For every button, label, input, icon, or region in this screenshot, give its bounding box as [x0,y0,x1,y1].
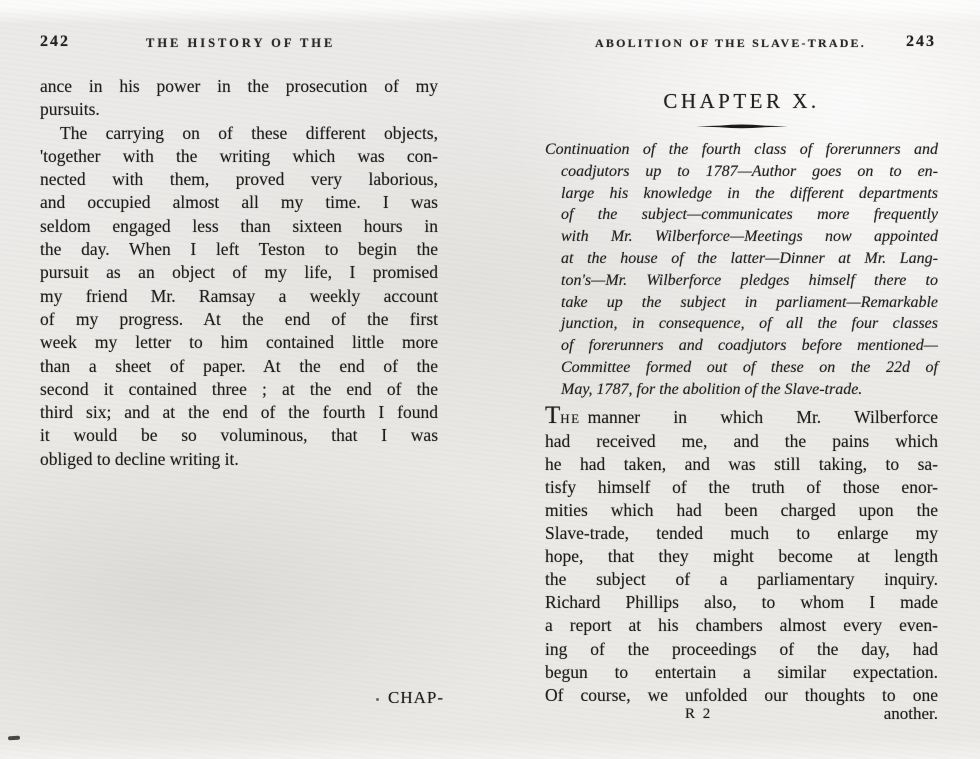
text-line: third six; and at the end of the fourth … [40,401,438,424]
text-line: seldom engaged less than sixteen hours i… [40,215,438,238]
text-line: Continuation of the fourth class of fore… [545,139,938,161]
text-line: than a sheet of paper. At the end of the [40,355,438,378]
text-line: pursuit as an object of my life, I promi… [40,261,438,284]
text-line: at the house of the latter—Dinner at Mr.… [545,248,938,270]
left-page-number: 242 [40,33,70,51]
book-scan-spread: 242 THE HISTORY OF THE ance in his power… [0,0,980,759]
text-line: the subject of a parliamentary inquiry. [545,568,938,591]
paragraph: The carrying on of these different objec… [40,122,438,471]
lead-small-caps: HE [560,411,580,426]
ink-smudge [8,736,20,741]
right-running-header: ABOLITION OF THE SLAVE-TRADE. [595,36,866,51]
chapter-heading: CHAPTER X. [545,89,938,114]
first-line-text: manner in which Mr. Wilberforce [588,407,938,427]
text-line: ance in his power in the prosecution of … [40,75,438,98]
left-page: 242 THE HISTORY OF THE ance in his power… [40,33,438,733]
text-line: with Mr. Wilberforce—Meetings now appoin… [545,226,938,248]
text-line: my friend Mr. Ramsay a weekly account [40,285,438,308]
left-running-head-row: 242 THE HISTORY OF THE [40,33,438,53]
body-lines: had received me, and the pains whichhe h… [545,430,938,707]
text-line: week my letter to him contained little m… [40,331,438,354]
text-line: tisfy himself of the truth of those enor… [545,476,938,499]
right-page: ABOLITION OF THE SLAVE-TRADE. 243 CHAPTE… [545,33,938,733]
catchword-text: CHAP- [388,688,444,707]
text-line: nected with them, proved very laborious, [40,168,438,191]
signature-mark: R 2 [685,706,712,723]
left-page-body: ance in his power in the prosecution of … [40,75,438,471]
text-line: of forerunners and coadjutors before men… [545,335,938,357]
tapered-rule-icon [696,123,788,130]
text-line: Slave-trade, tended much to enlarge my [545,522,938,545]
text-line: he had taken, and was still taking, to s… [545,453,938,476]
right-running-head-row: ABOLITION OF THE SLAVE-TRADE. 243 [545,33,938,53]
text-line: the day. When I left Teston to begin the [40,238,438,261]
text-line: begun to entertain a similar expectation… [545,661,938,684]
text-line: large his knowledge in the different dep… [545,183,938,205]
text-line: coadjutors up to 1787—Author goes on to … [545,161,938,183]
text-line: of the subject—communicates more frequen… [545,204,938,226]
lead-capital: T [545,402,560,429]
left-catchword: CHAP- [340,688,480,708]
text-line: junction, in consequence, of all the fou… [545,313,938,335]
text-line: obliged to decline writing it. [40,448,438,471]
text-line: Richard Phillips also, to whom I made [545,591,938,614]
text-line: pursuits. [40,98,438,121]
right-page-number: 243 [906,33,936,51]
text-line: had received me, and the pains which [545,430,938,453]
text-line: Committee formed out of these on the 22d… [545,357,938,379]
chapter-summary: Continuation of the fourth class of fore… [545,139,938,401]
text-line: mities which had been charged upon the [545,499,938,522]
ink-spot [376,698,379,701]
paragraph: ance in his power in the prosecution of … [40,75,438,122]
text-line: ton's—Mr. Wilberforce pledges himself th… [545,270,938,292]
right-catchword: another. [884,704,938,724]
right-page-body: THEmanner in which Mr. Wilberforce had r… [545,406,938,707]
text-line: The carrying on of these different objec… [40,122,438,145]
text-line: take up the subject in parliament—Remark… [545,292,938,314]
left-running-header: THE HISTORY OF THE [146,36,335,51]
text-line: it would be so voluminous, that I was [40,424,438,447]
text-line: 'together with the writing which was con… [40,145,438,168]
text-line: ing of the proceedings of the day, had [545,638,938,661]
text-line: and occupied almost all my time. I was [40,191,438,214]
text-line: May, 1787, for the abolition of the Slav… [545,379,938,401]
text-line: second it contained three ; at the end o… [40,378,438,401]
right-page-footer: R 2 another. [545,704,938,728]
text-line: a report at his chambers almost every ev… [545,614,938,637]
text-line: THEmanner in which Mr. Wilberforce [545,406,938,430]
chapter-rule-ornament [545,123,938,130]
text-line: hope, that they might become at length [545,545,938,568]
text-line: of my progress. At the end of the first [40,308,438,331]
